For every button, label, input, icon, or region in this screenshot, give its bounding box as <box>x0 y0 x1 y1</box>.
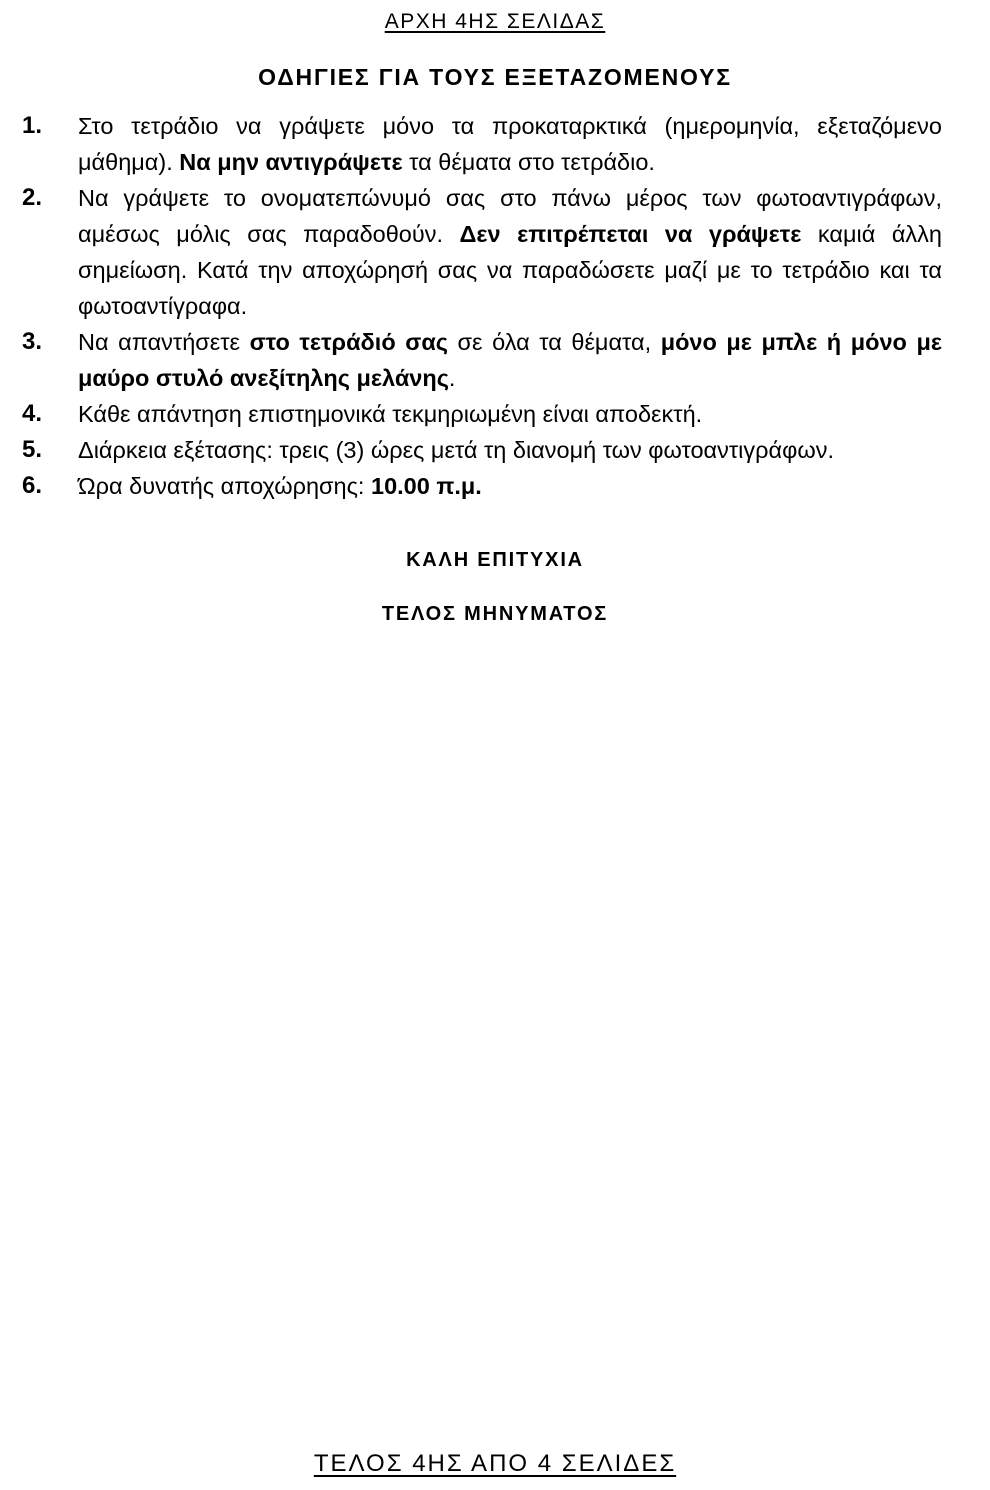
page-footer: ΤΕΛΟΣ 4ΗΣ ΑΠΟ 4 ΣΕΛΙΔΕΣ <box>0 1450 990 1478</box>
text-run: Να απαντήσετε <box>78 329 250 355</box>
instruction-number: 2. <box>22 180 78 216</box>
page-footer-text: ΤΕΛΟΣ 4ΗΣ ΑΠΟ 4 ΣΕΛΙΔΕΣ <box>314 1450 676 1477</box>
text-run: σε όλα τα θέματα, <box>448 329 661 355</box>
emphasis-text: Δεν επιτρέπεται να γράψετε <box>460 221 802 247</box>
emphasis-text: 10.00 π.μ. <box>371 473 482 499</box>
instructions-list: 1. Στο τετράδιο να γράψετε μόνο τα προκα… <box>22 108 942 504</box>
instruction-item: 1. Στο τετράδιο να γράψετε μόνο τα προκα… <box>22 108 942 180</box>
text-run: Ώρα δυνατής αποχώρησης: <box>78 473 371 499</box>
emphasis-text: στο τετράδιό σας <box>250 329 448 355</box>
instruction-text: Διάρκεια εξέτασης: τρεις (3) ώρες μετά τ… <box>78 432 942 468</box>
instruction-item: 2. Να γράψετε το ονοματεπώνυμό σας στο π… <box>22 180 942 324</box>
instruction-number: 5. <box>22 432 78 468</box>
instruction-number: 1. <box>22 108 78 144</box>
end-of-message-text: ΤΕΛΟΣ ΜΗΝΥΜΑΤΟΣ <box>0 603 990 626</box>
instruction-number: 4. <box>22 396 78 432</box>
instruction-text: Να απαντήσετε στο τετράδιό σας σε όλα τα… <box>78 324 942 396</box>
document-title: ΟΔΗΓΙΕΣ ΓΙΑ ΤΟΥΣ ΕΞΕΤΑΖΟΜΕΝΟΥΣ <box>0 64 990 91</box>
instruction-text: Στο τετράδιο να γράψετε μόνο τα προκαταρ… <box>78 108 942 180</box>
text-run: Διάρκεια εξέτασης: τρεις (3) ώρες μετά τ… <box>78 437 834 463</box>
instruction-text: Να γράψετε το ονοματεπώνυμό σας στο πάνω… <box>78 180 942 324</box>
instruction-number: 3. <box>22 324 78 360</box>
text-run: . <box>449 365 456 391</box>
text-run: τα θέματα στο τετράδιο. <box>403 149 655 175</box>
instruction-text: Κάθε απάντηση επιστημονικά τεκμηριωμένη … <box>78 396 942 432</box>
instruction-item: 6. Ώρα δυνατής αποχώρησης: 10.00 π.μ. <box>22 468 942 504</box>
instruction-number: 6. <box>22 468 78 504</box>
instruction-text: Ώρα δυνατής αποχώρησης: 10.00 π.μ. <box>78 468 942 504</box>
page-header: ΑΡΧΗ 4ΗΣ ΣΕΛΙΔΑΣ <box>0 10 990 34</box>
good-luck-text: ΚΑΛΗ ΕΠΙΤΥΧΙΑ <box>0 549 990 572</box>
text-run: Κάθε απάντηση επιστημονικά τεκμηριωμένη … <box>78 401 702 427</box>
instruction-item: 4. Κάθε απάντηση επιστημονικά τεκμηριωμέ… <box>22 396 942 432</box>
instruction-item: 3. Να απαντήσετε στο τετράδιό σας σε όλα… <box>22 324 942 396</box>
emphasis-text: Να μην αντιγράψετε <box>179 149 402 175</box>
instruction-item: 5. Διάρκεια εξέτασης: τρεις (3) ώρες μετ… <box>22 432 942 468</box>
page-header-text: ΑΡΧΗ 4ΗΣ ΣΕΛΙΔΑΣ <box>385 10 606 33</box>
